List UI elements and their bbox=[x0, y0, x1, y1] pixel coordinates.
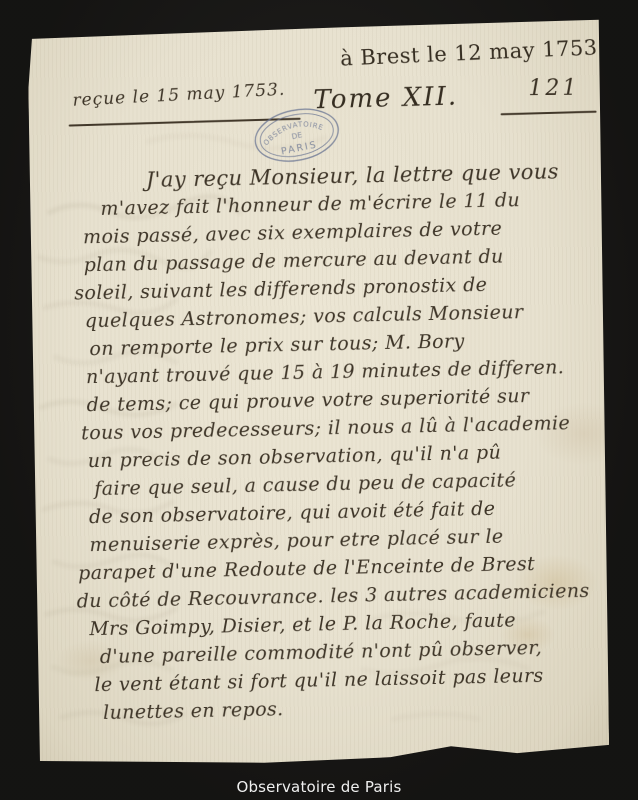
image-caption: Observatoire de Paris bbox=[0, 778, 638, 796]
stamp-text-middle: DE bbox=[291, 130, 303, 141]
letter-body: J'ay reçu Monsieur, la lettre que vous m… bbox=[82, 156, 614, 727]
photo-background: reçue le 15 may 1753. à Brest le 12 may … bbox=[0, 0, 638, 800]
folio-number: 121 bbox=[528, 76, 579, 101]
letter-paper: reçue le 15 may 1753. à Brest le 12 may … bbox=[28, 18, 609, 766]
stamp-text-bottom: PARIS bbox=[280, 139, 319, 157]
red-annotation-mark: 1 bbox=[597, 35, 612, 60]
